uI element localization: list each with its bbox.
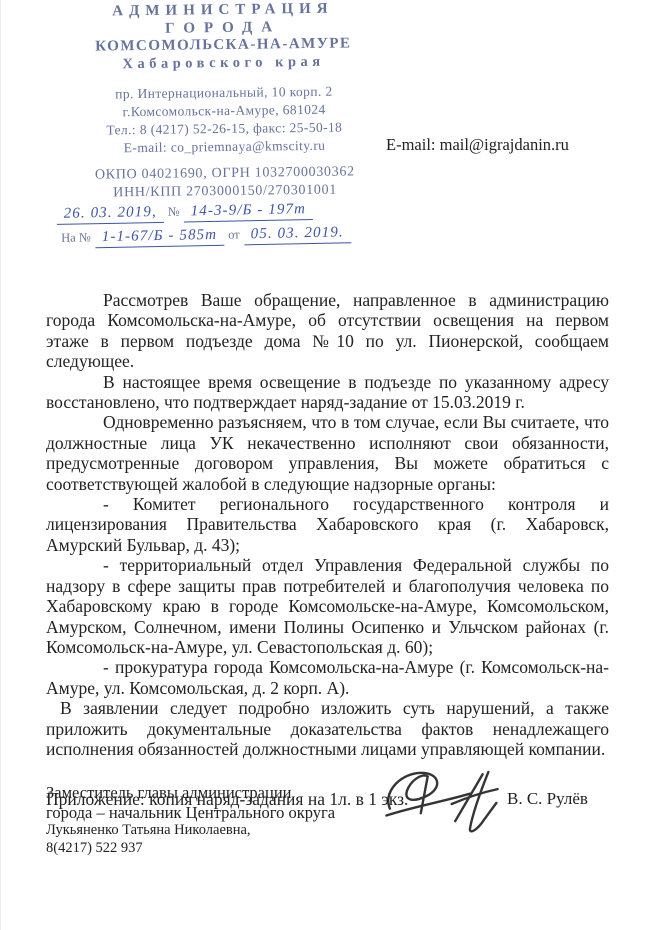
body-paragraph: - прокуратура города Комсомольска-на-Аму… <box>46 657 609 698</box>
body-paragraph: - Комитет регионального государственного… <box>46 494 609 555</box>
body-paragraph: Одновременно разъясняем, что в том случа… <box>46 412 609 494</box>
letterhead-org-name: АДМИНИСТРАЦИЯГОРОДАКОМСОМОЛЬСКА-НА-АМУРЕ… <box>52 0 395 74</box>
outgoing-date-handwritten: 26. 03. 2019, <box>57 204 164 225</box>
incoming-date-handwritten: 05. 03. 2019. <box>244 224 351 245</box>
executor-contact: Лукьяненко Татьяна Николаевна,8(4217) 52… <box>46 822 251 857</box>
body-paragraph: В заявлении следует подробно изложить су… <box>46 698 609 759</box>
position-line: города – начальник Центрального округа <box>46 803 396 823</box>
incoming-number-handwritten: 1-1-67/Б - 585т <box>95 227 225 248</box>
outgoing-reference-row: 26. 03. 2019, № 14-3-9/Б - 197т <box>57 200 362 225</box>
signature-ink-scribble <box>383 762 509 838</box>
reply-to-label: На № <box>57 230 95 246</box>
executor-line: Лукьяненко Татьяна Николаевна, <box>46 822 251 840</box>
letterhead-address: пр. Интернациональный, 10 корп. 2г.Комсо… <box>53 82 396 158</box>
executor-line: 8(4217) 522 937 <box>46 840 251 858</box>
signatory-name: В. С. Рулёв <box>507 789 588 809</box>
body-paragraph: - территориальный отдел Управления Федер… <box>46 555 609 657</box>
incoming-reference-row: На № 1-1-67/Б - 585т от 05. 03. 2019. <box>57 224 362 249</box>
address-line: E-mail: co_priemnaya@kmscity.ru <box>53 136 395 158</box>
from-label: от <box>224 227 244 242</box>
position-line: Заместитель главы администрации <box>46 783 396 803</box>
signatory-position: Заместитель главы администрациигорода – … <box>46 783 396 822</box>
letter-paragraphs: Рассмотрев Ваше обращение, направленное … <box>46 290 609 759</box>
reference-numbers: 26. 03. 2019, № 14-3-9/Б - 197т На № 1-1… <box>57 200 363 254</box>
letterhead-registration-codes: ОКПО 04021690, ОГРН 1032700030362ИНН/КПП… <box>54 163 396 202</box>
scanned-letter-page: АДМИНИСТРАЦИЯГОРОДАКОМСОМОЛЬСКА-НА-АМУРЕ… <box>0 0 650 930</box>
number-sign-label: № <box>164 204 184 219</box>
body-paragraph: В настоящее время освещение в подъезде п… <box>46 372 609 413</box>
body-paragraph: Рассмотрев Ваше обращение, направленное … <box>46 290 609 372</box>
letterhead: АДМИНИСТРАЦИЯГОРОДАКОМСОМОЛЬСКА-НА-АМУРЕ… <box>52 0 396 202</box>
recipient-email: E-mail: mail@igrajdanin.ru <box>386 135 569 155</box>
outgoing-number-handwritten: 14-3-9/Б - 197т <box>184 201 314 222</box>
letter-body: Рассмотрев Ваше обращение, направленное … <box>46 290 609 810</box>
